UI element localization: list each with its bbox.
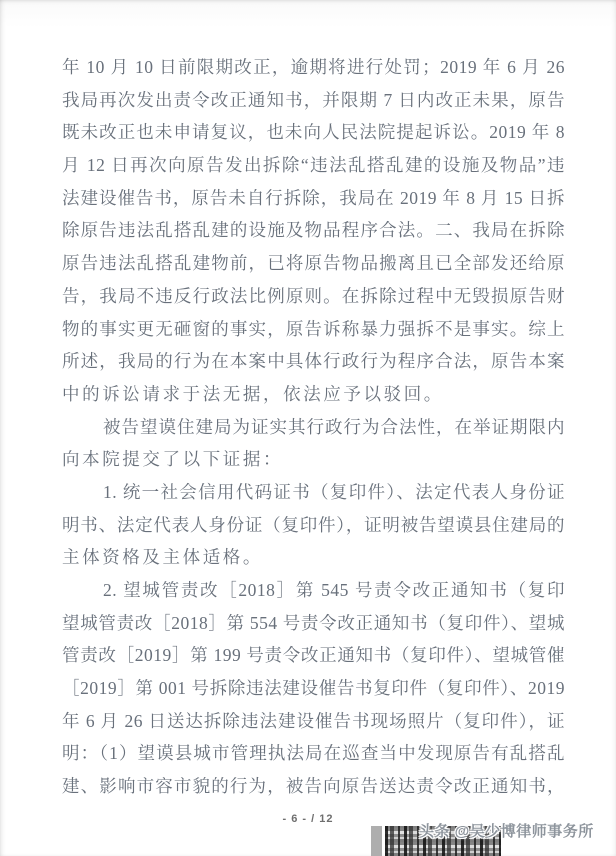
document-line: 既未改正也未申请复议，也未向人民法院提起诉讼。2019 年 8	[62, 116, 565, 149]
watermark-text: 头条 @吴少博律师事务所	[419, 820, 594, 841]
document-line: 望城管责改［2018］第 554 号责令改正通知书（复印件）、望城	[62, 607, 565, 640]
document-line: 月 12 日再次向原告发出拆除“违法乱搭乱建的设施及物品”违	[62, 149, 565, 182]
document-line: 被告望谟住建局为证实其行政行为合法性，在举证期限内	[62, 411, 565, 444]
document-line: 年 6 月 26 日送达拆除违法建设催告书现场照片（复印件），证	[62, 705, 565, 738]
scanned-document-page: 年 10 月 10 日前限期改正，逾期将进行处罚；2019 年 6 月 26 日…	[0, 0, 616, 856]
document-line: 建、影响市容市貌的行为，被告向原告送达责令改正通知书，	[62, 770, 565, 803]
document-line: 我局再次发出责令改正通知书，并限期 7 日内改正未果，原告	[62, 84, 565, 117]
document-line: 明：（1）望谟县城市管理执法局在巡查当中发现原告有乱搭乱	[62, 737, 565, 770]
document-line: 管责改［2019］第 199 号责令改正通知书（复印件）、望城管催	[62, 639, 565, 672]
document-line: 原告违法乱搭乱建物前，已将原告物品搬离且已全部发还给原	[62, 247, 565, 280]
document-line: 所述，我局的行为在本案中具体行政行为程序合法，原告本案	[62, 345, 565, 378]
document-line: 中的诉讼请求于法无据，依法应予以驳回。	[62, 378, 565, 411]
document-line: 主体资格及主体适格。	[62, 541, 565, 574]
document-body: 年 10 月 10 日前限期改正，逾期将进行处罚；2019 年 6 月 26 日…	[62, 51, 565, 803]
document-line: 年 10 月 10 日前限期改正，逾期将进行处罚；2019 年 6 月 26 日	[62, 51, 565, 84]
document-line: 明书、法定代表人身份证（复印件），证明被告望谟县住建局的	[62, 509, 565, 542]
document-line: ［2019］第 001 号拆除违法建设催告书复印件（复印件）、2019	[62, 672, 565, 705]
document-line: 2. 望城管责改［2018］第 545 号责令改正通知书（复印件）、	[62, 574, 565, 607]
document-line: 法建设催告书，原告未自行拆除，我局在 2019 年 8 月 15 日拆	[62, 182, 565, 215]
document-line: 物的事实更无砸窗的事实，原告诉称暴力强拆不是事实。综上	[62, 313, 565, 346]
document-line: 1. 统一社会信用代码证书（复印件）、法定代表人身份证	[62, 476, 565, 509]
document-line: 告，我局不违反行政法比例原则。在拆除过程中无毁损原告财	[62, 280, 565, 313]
document-line: 除原告违法乱搭乱建的设施及物品程序合法。二、我局在拆除	[62, 214, 565, 247]
barcode-bar	[371, 826, 382, 856]
document-line: 向本院提交了以下证据：	[62, 443, 565, 476]
